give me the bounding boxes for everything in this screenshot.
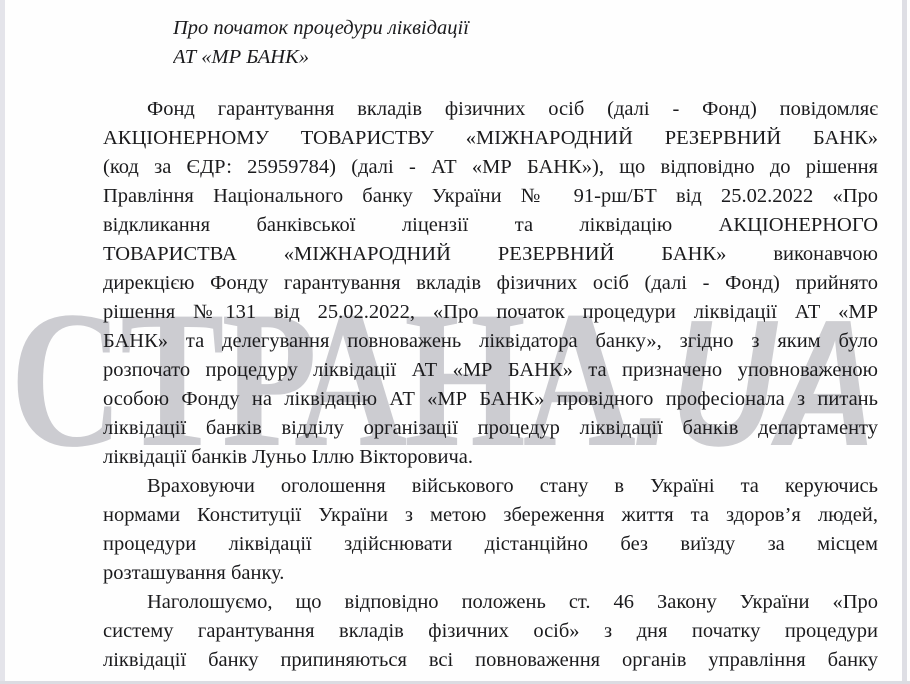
text-line: ліквідації банків відділу організації пр…	[103, 414, 878, 443]
text-line: розташування банку.	[103, 559, 878, 588]
text-line: Наголошуємо, що відповідно положень ст. …	[103, 588, 878, 617]
text-line: Враховуючи оголошення військового стану …	[103, 472, 878, 501]
text-line: Правління Національного банку України № …	[103, 182, 878, 211]
heading-line: АТ «МР БАНК»	[173, 43, 878, 72]
text-line: рішення №131 від 25.02.2022, «Про почато…	[103, 298, 878, 327]
text-line: ліквідації банків Луньо Іллю Вікторовича…	[103, 443, 878, 472]
text-line: розпочато процедуру ліквідації АТ «МР БА…	[103, 356, 878, 385]
text-line: АКЦІОНЕРНОМУ ТОВАРИСТВУ «МІЖНАРОДНИЙ РЕЗ…	[103, 124, 878, 153]
document-paragraph: Враховуючи оголошення військового стану …	[103, 472, 878, 588]
text-line: систему гарантування вкладів фізичних ос…	[103, 617, 878, 646]
text-line: (код за ЄДР: 25959784) (далі - АТ «МР БА…	[103, 153, 878, 182]
heading-line: Про початок процедури ліквідації	[173, 14, 878, 43]
text-line: Фонд гарантування вкладів фізичних осіб …	[103, 95, 878, 124]
text-line: нормами Конституції України з метою збер…	[103, 501, 878, 530]
document-body: Фонд гарантування вкладів фізичних осіб …	[103, 95, 878, 675]
document-paragraph: Наголошуємо, що відповідно положень ст. …	[103, 588, 878, 675]
text-line: ТОВАРИСТВА «МІЖНАРОДНИЙ РЕЗЕРВНИЙ БАНК» …	[103, 240, 878, 269]
text-line: ліквідації банку припиняються всі повнов…	[103, 646, 878, 675]
text-line: відкликання банківської ліцензії та лікв…	[103, 211, 878, 240]
text-line: дирекцією Фонду гарантування вкладів фіз…	[103, 269, 878, 298]
text-line: БАНК» та делегування повноважень ліквіда…	[103, 327, 878, 356]
text-line: процедури ліквідації здійснювати дістанц…	[103, 530, 878, 559]
document-page: СТРАНА.UA Про початок процедури ліквідац…	[0, 0, 910, 684]
text-line: особою Фонду на ліквідацію АТ «МР БАНК» …	[103, 385, 878, 414]
document-heading: Про початок процедури ліквідаціїАТ «МР Б…	[173, 14, 878, 72]
document-content: Про початок процедури ліквідаціїАТ «МР Б…	[0, 0, 910, 675]
document-paragraph: Фонд гарантування вкладів фізичних осіб …	[103, 95, 878, 472]
